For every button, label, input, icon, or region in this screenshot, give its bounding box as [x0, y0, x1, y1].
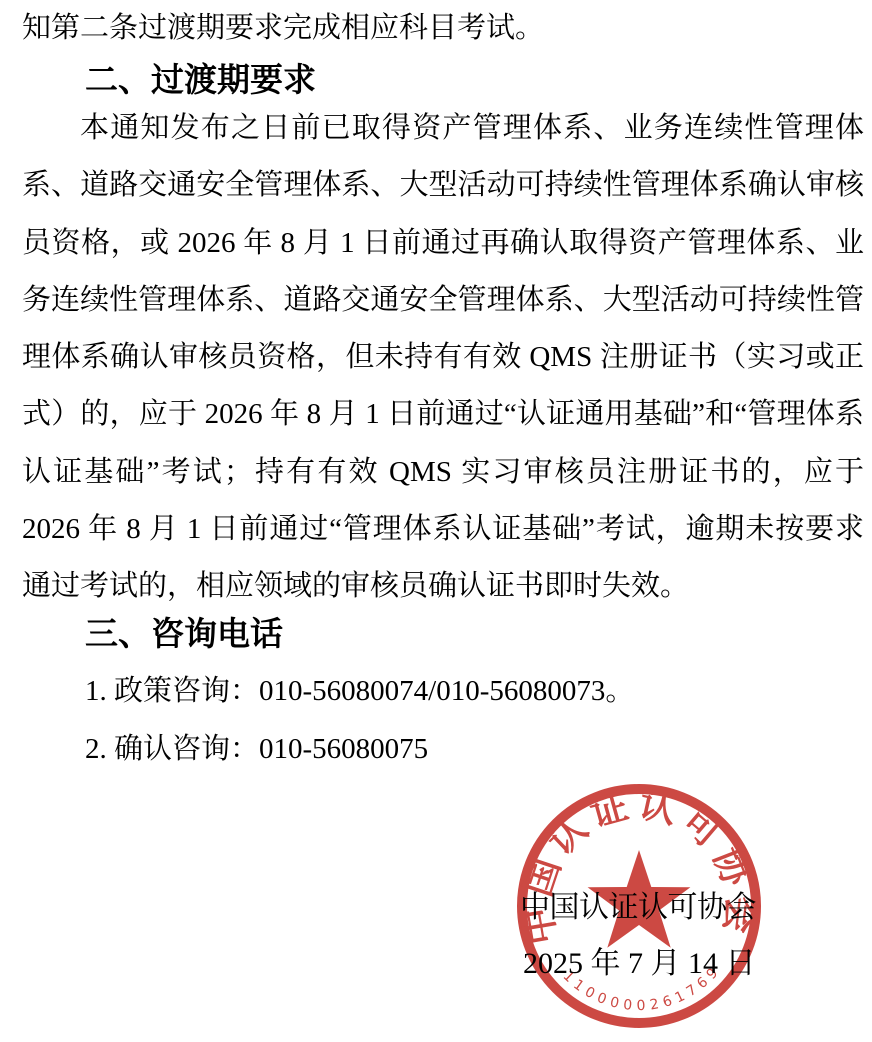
document-page: 知第二条过渡期要求完成相应科目考试。 二、过渡期要求 本通知发布之日前已取得资产… [0, 0, 872, 1042]
consult-item-confirm: 2. 确认咨询：010-56080075 [85, 731, 428, 767]
section-2-body: 本通知发布之日前已取得资产管理体系、业务连续性管理体系、道路交通安全管理体系、大… [22, 100, 864, 616]
signature-date: 2025 年 7 月 14 日 [523, 947, 756, 981]
consult-item-policy: 1. 政策咨询：010-56080074/010-56080073。 [85, 673, 634, 709]
signature-org: 中国认证认可协会 [520, 891, 756, 925]
intro-line: 知第二条过渡期要求完成相应科目考试。 [22, 0, 544, 57]
section-3-heading: 三、咨询电话 [85, 612, 283, 656]
section-2-heading: 二、过渡期要求 [85, 58, 316, 102]
